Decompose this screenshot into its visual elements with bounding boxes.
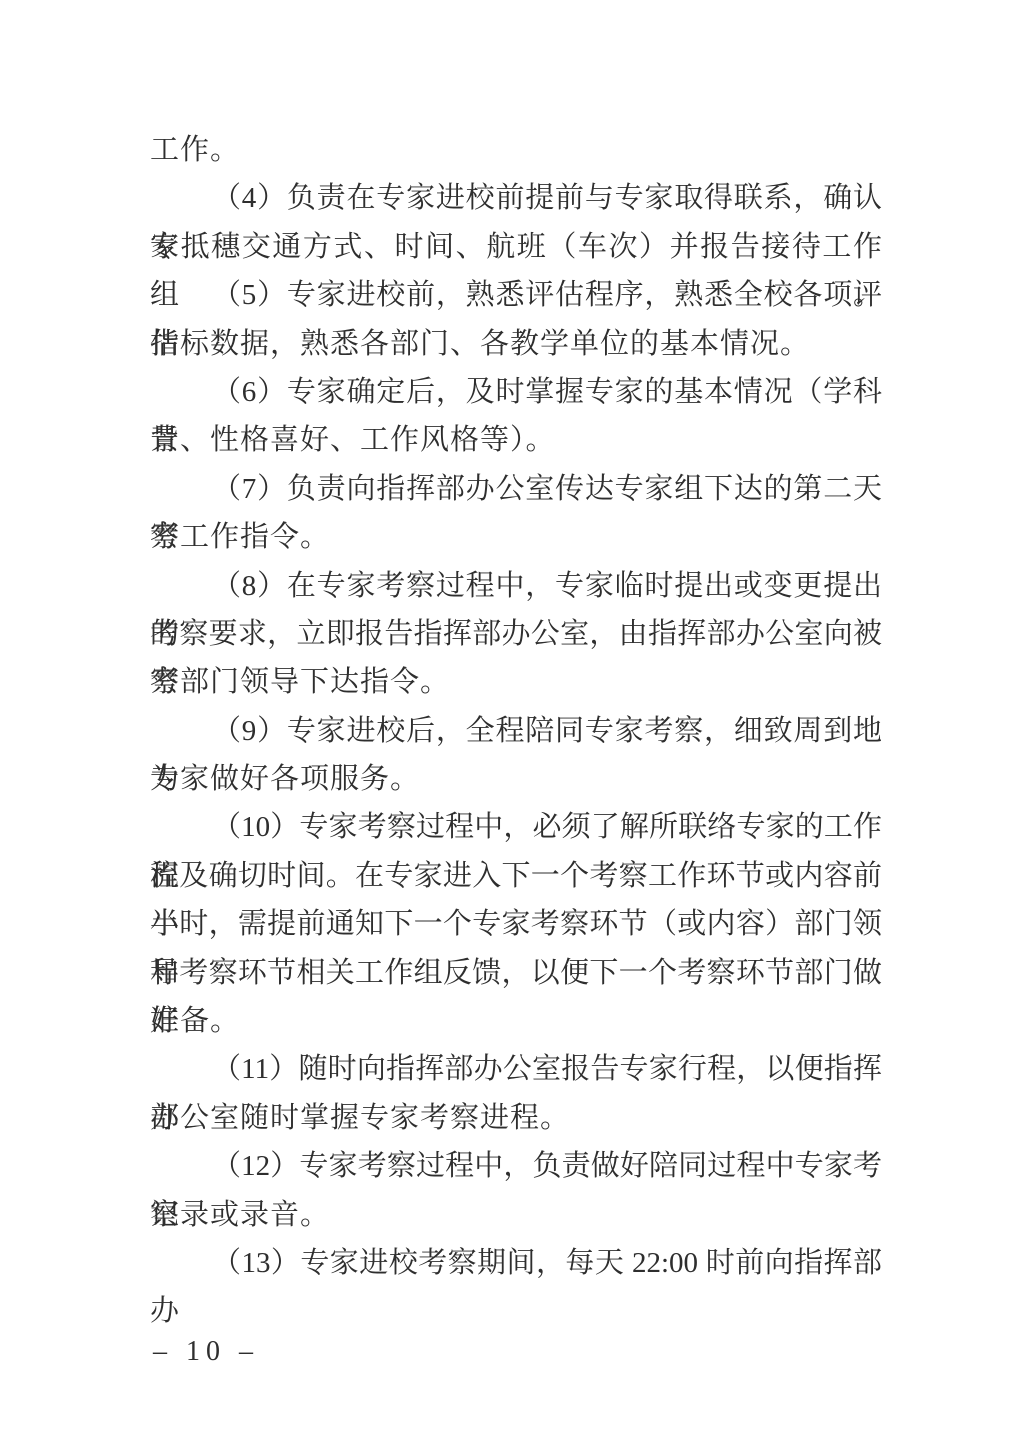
text-line: 小时，需提前通知下一个专家考察环节（或内容）部门领导	[150, 900, 882, 948]
page-number: – 10 –	[153, 1336, 259, 1368]
text-line: 察部门领导下达指令。	[150, 658, 882, 706]
text-line: 记录或录音。	[150, 1191, 882, 1239]
document-body-text: 工作。（4）负责在专家进校前提前与专家取得联系，确认专家抵穗交通方式、时间、航班…	[150, 126, 882, 1287]
text-line: （6）专家确定后，及时掌握专家的基本情况（学科背	[150, 368, 882, 416]
text-line: 程及确切时间。在专家进入下一个考察工作环节或内容前半	[150, 852, 882, 900]
text-line: 准备。	[150, 997, 882, 1045]
document-page: 工作。（4）负责在专家进校前提前与专家取得联系，确认专家抵穗交通方式、时间、航班…	[0, 0, 1024, 1448]
text-line: （4）负责在专家进校前提前与专家取得联系，确认专	[150, 174, 882, 222]
text-line: （9）专家进校后，全程陪同专家考察，细致周到地为	[150, 707, 882, 755]
text-line: 察工作指令。	[150, 513, 882, 561]
text-line: 办公室随时掌握专家考察进程。	[150, 1094, 882, 1142]
text-line: （13）专家进校考察期间，每天 22:00 时前向指挥部办	[150, 1239, 882, 1287]
text-line: （8）在专家考察过程中，专家临时提出或变更提出的	[150, 562, 882, 610]
text-line: 专家做好各项服务。	[150, 755, 882, 803]
text-line: （12）专家考察过程中，负责做好陪同过程中专家考察	[150, 1142, 882, 1190]
text-line: 家抵穗交通方式、时间、航班（车次）并报告接待工作组。	[150, 223, 882, 271]
text-line: （5）专家进校前，熟悉评估程序，熟悉全校各项评估	[150, 271, 882, 319]
text-line: 指标数据，熟悉各部门、各教学单位的基本情况。	[150, 320, 882, 368]
text-line: （7）负责向指挥部办公室传达专家组下达的第二天考	[150, 465, 882, 513]
text-line: （11）随时向指挥部办公室报告专家行程，以便指挥部	[150, 1045, 882, 1093]
text-line: 工作。	[150, 126, 882, 174]
text-line: 和考察环节相关工作组反馈，以便下一个考察环节部门做好	[150, 949, 882, 997]
text-line: 考察要求，立即报告指挥部办公室，由指挥部办公室向被考	[150, 610, 882, 658]
text-line: 景、性格喜好、工作风格等）。	[150, 416, 882, 464]
text-line: （10）专家考察过程中，必须了解所联络专家的工作流	[150, 803, 882, 851]
